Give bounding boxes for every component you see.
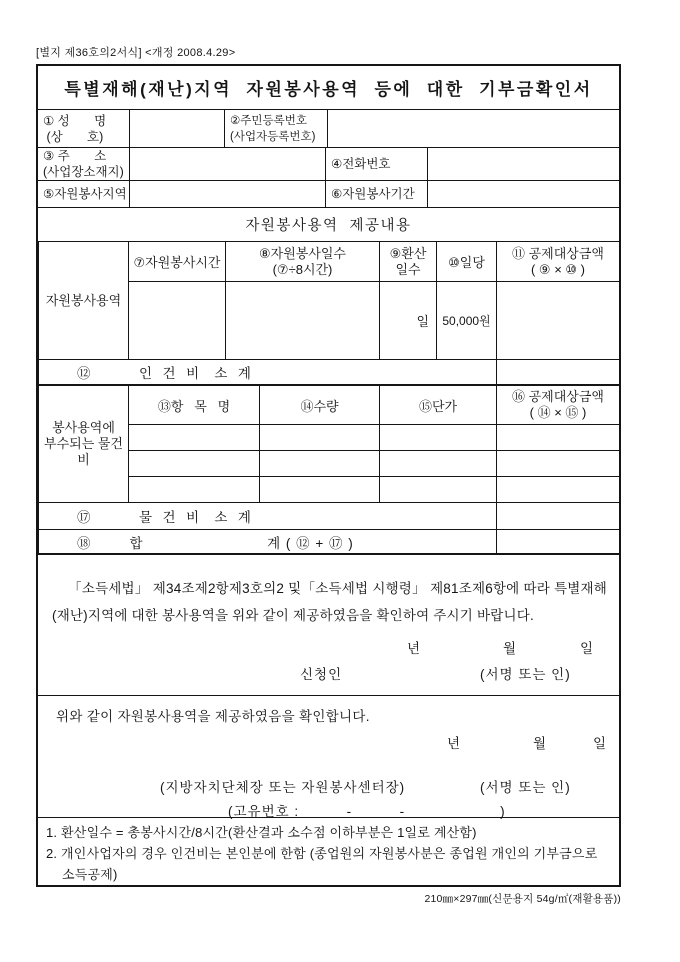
col-unit-price: ⑮단가 (380, 386, 497, 425)
qty-cell[interactable] (260, 425, 380, 451)
price-cell[interactable] (380, 451, 497, 477)
col-deduction-amount: ⑪ 공제대상금액 ( ⑨ × ⑩ ) (497, 242, 620, 282)
name-label-line1: ① 성 명 (43, 113, 129, 129)
address-label: ③ 주 소 (사업장소재지) (38, 148, 129, 180)
labor-subtotal-value-cell[interactable] (497, 360, 620, 385)
labor-subtotal-label: ⑫ 인 건 비 소 계 (39, 360, 497, 385)
scanned-form-page: [별지 제36호의2서식] <개정 2008.4.29> 특별재해(재난)지역 … (0, 0, 680, 962)
col-conv-line1: ⑨환산 (383, 246, 433, 262)
amount-cell[interactable] (497, 425, 620, 451)
declaration-month: 월 (503, 637, 517, 657)
grand-total-label: ⑱ 합 계 ( ⑫ + ⑰ ) (39, 530, 497, 554)
name-value-cell[interactable] (129, 110, 224, 147)
col-amount-line2: ( ⑨ × ⑩ ) (500, 262, 616, 278)
confirmation-month: 월 (533, 732, 547, 752)
title-box: 특별재해(재난)지역 자원봉사용역 등에 대한 기부금확인서 (38, 66, 619, 109)
col-days-line1: ⑧자원봉사일수 (229, 246, 376, 262)
confirmation-body: 위와 같이 자원봉사용역을 제공하였음을 확인합니다. (56, 705, 370, 725)
declaration-block: 「소득세법」 제34조제2항제3호의2 및「소득세법 시행령」 제81조제6항에… (38, 554, 619, 695)
qty-cell[interactable] (260, 477, 380, 503)
form-sheet: 특별재해(재난)지역 자원봉사용역 등에 대한 기부금확인서 ① 성 명 (상 … (36, 64, 621, 887)
col-converted-days: ⑨환산 일수 (380, 242, 437, 282)
price-cell[interactable] (380, 425, 497, 451)
address-value-cell[interactable] (129, 148, 325, 180)
goods-subtotal-label: ⑰ 물 건 비 소 계 (39, 503, 497, 530)
grand-total-value-cell[interactable] (497, 530, 620, 554)
applicant-sign-note: (서명 또는 인) (480, 663, 571, 683)
grand-total-row: ⑱ 합 계 ( ⑫ + ⑰ ) (39, 530, 620, 554)
amount-cell[interactable] (497, 477, 620, 503)
registration-number-label: ②주민등록번호 (사업자등록번호) (224, 110, 327, 147)
col-item-name: ⑬항 목 명 (129, 386, 260, 425)
qty-cell[interactable] (260, 451, 380, 477)
footnote-2: 2. 개인사업자의 경우 인건비는 본인분에 한함 (종업원의 자원봉사분은 종… (46, 843, 611, 885)
goods-row-label: 봉사용역에 부수되는 물건비 (39, 386, 129, 503)
region-label-text: ⑤자원봉사지역 (43, 186, 129, 202)
unique-number-line: (고유번호 : - - ) (228, 800, 506, 820)
labor-subtotal-row: ⑫ 인 건 비 소 계 (39, 360, 620, 385)
volunteer-period-value-cell[interactable] (427, 181, 619, 207)
col-volunteer-hours: ⑦자원봉사시간 (129, 242, 226, 282)
col-goods-deduction-amount: ⑯ 공제대상금액 ( ⑭ × ⑮ ) (497, 386, 620, 425)
goods-amount-line1: ⑯ 공제대상금액 (500, 389, 616, 405)
confirmation-block: 위와 같이 자원봉사용역을 제공하였음을 확인합니다. 년 월 일 (지방자치단… (38, 695, 619, 817)
addr-label-line2: (사업장소재지) (43, 164, 129, 180)
col-conv-line2: 일수 (383, 262, 433, 278)
info-row-name: ① 성 명 (상 호) ②주민등록번호 (사업자등록번호) (38, 109, 619, 147)
col-amount-line1: ⑪ 공제대상금액 (500, 246, 616, 262)
phone-label-text: ④전화번호 (331, 156, 427, 172)
declaration-day: 일 (580, 637, 594, 657)
days-value-cell[interactable] (226, 282, 380, 360)
col-daily-rate: ⑩일당 (437, 242, 497, 282)
form-number-note: [별지 제36호의2서식] <개정 2008.4.29> (36, 44, 235, 60)
info-row-address: ③ 주 소 (사업장소재지) ④전화번호 (38, 147, 619, 180)
info-row-region: ⑤자원봉사지역 ⑥자원봉사기간 (38, 180, 619, 207)
col-volunteer-days: ⑧자원봉사일수 (⑦÷8시간) (226, 242, 380, 282)
confirmer-sign-note: (서명 또는 인) (480, 776, 571, 796)
goods-subtotal-value-cell[interactable] (497, 503, 620, 530)
daily-rate-value: 50,000원 (437, 282, 497, 360)
price-cell[interactable] (380, 477, 497, 503)
reg-label-line1: ②주민등록번호 (230, 113, 327, 129)
declaration-year: 년 (407, 637, 421, 657)
goods-amount-line2: ( ⑭ × ⑮ ) (500, 405, 616, 421)
service-table: 자원봉사용역 ⑦자원봉사시간 ⑧자원봉사일수 (⑦÷8시간) ⑨환산 일수 ⑩일… (38, 241, 620, 385)
volunteer-region-value-cell[interactable] (129, 181, 325, 207)
service-amount-cell[interactable] (497, 282, 620, 360)
reg-label-line2: (사업자등록번호) (230, 129, 327, 145)
name-label: ① 성 명 (상 호) (38, 110, 129, 147)
hours-value-cell[interactable] (129, 282, 226, 360)
period-label-text: ⑥자원봉사기간 (331, 186, 427, 202)
service-row-label: 자원봉사용역 (39, 242, 129, 360)
phone-label: ④전화번호 (325, 148, 427, 180)
footnotes-box: 1. 환산일수 = 총봉사시간/8시간(환산결과 소수점 이하부분은 1일로 계… (38, 817, 619, 885)
volunteer-region-label: ⑤자원봉사지역 (38, 181, 129, 207)
form-title: 특별재해(재난)지역 자원봉사용역 등에 대한 기부금확인서 (64, 75, 592, 100)
item-cell[interactable] (129, 451, 260, 477)
phone-value-cell[interactable] (427, 148, 619, 180)
confirmation-year: 년 (447, 732, 461, 752)
item-cell[interactable] (129, 425, 260, 451)
confirmation-day: 일 (593, 732, 607, 752)
registration-number-value-cell[interactable] (327, 110, 619, 147)
volunteer-period-label: ⑥자원봉사기간 (325, 181, 427, 207)
goods-table: 봉사용역에 부수되는 물건비 ⑬항 목 명 ⑭수량 ⑮단가 ⑯ 공제대상금액 (… (38, 385, 620, 554)
col-days-line2: (⑦÷8시간) (229, 262, 376, 278)
goods-table-header-row: 봉사용역에 부수되는 물건비 ⑬항 목 명 ⑭수량 ⑮단가 ⑯ 공제대상금액 (… (39, 386, 620, 425)
paper-spec-note: 210㎜×297㎜(신문용지 54g/㎡(재활용품)) (36, 891, 621, 906)
section-title: 자원봉사용역 제공내용 (38, 207, 619, 241)
goods-label-line2: 부수되는 물건비 (42, 436, 125, 468)
goods-subtotal-row: ⑰ 물 건 비 소 계 (39, 503, 620, 530)
name-label-line2: (상 호) (43, 129, 129, 145)
applicant-label: 신청인 (300, 663, 342, 683)
confirmer-label: (지방자치단체장 또는 자원봉사센터장) (160, 776, 405, 796)
addr-label-line1: ③ 주 소 (43, 148, 129, 164)
footnote-1: 1. 환산일수 = 총봉사시간/8시간(환산결과 소수점 이하부분은 1일로 계… (46, 822, 611, 843)
col-quantity: ⑭수량 (260, 386, 380, 425)
service-table-header-row: 자원봉사용역 ⑦자원봉사시간 ⑧자원봉사일수 (⑦÷8시간) ⑨환산 일수 ⑩일… (39, 242, 620, 282)
amount-cell[interactable] (497, 451, 620, 477)
goods-label-line1: 봉사용역에 (42, 420, 125, 436)
converted-days-unit: 일 (380, 282, 437, 360)
declaration-body: 「소득세법」 제34조제2항제3호의2 및「소득세법 시행령」 제81조제6항에… (38, 555, 619, 629)
item-cell[interactable] (129, 477, 260, 503)
